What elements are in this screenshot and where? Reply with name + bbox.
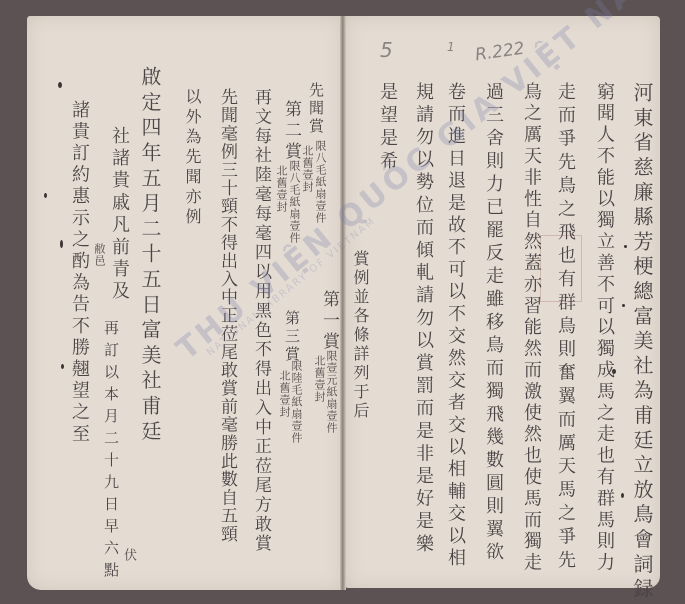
ink-spot — [44, 193, 47, 198]
catalog-mark: 1 — [447, 40, 455, 54]
ink-spot — [621, 493, 624, 498]
ink-spot — [60, 240, 63, 248]
prize-rules-note: 賞例並各條詳列于后 — [352, 250, 368, 421]
third-prize-line2: 北舊壹封 — [279, 370, 290, 418]
second-prize-line1: 限八毛紙扇壹件 — [289, 160, 300, 244]
rule-column: 以外為先聞亦例 — [184, 88, 200, 228]
invitation-column: 社諸貴戚凡前青及 — [110, 126, 128, 304]
ink-spot — [612, 369, 616, 374]
first-prize-title: 第一賞 — [320, 290, 337, 353]
text-column: 鳥之厲天非性自然蓋亦習能然而激使然也使馬而獨走 — [522, 82, 540, 574]
date-column: 啟定四年五月二十五日富美社甫廷 — [140, 66, 160, 446]
ink-spot — [624, 245, 627, 248]
text-column-title: 河東省慈廉縣芳梗總富美社為甫廷立放鳥會詞録 — [632, 82, 652, 603]
text-column: 窮聞人不能以獨立善不可以獨成馬之走也有群馬則力 — [595, 82, 613, 574]
text-column: 過三舍則力已罷反走雖移鳥而獨飛幾數圓則翼欲 — [484, 82, 502, 565]
invitation-column: 再訂以本月二十九日早六點 — [103, 320, 118, 584]
first-announce-line2: 北舊壹封 — [302, 145, 313, 193]
aside-note: 敝邑 — [94, 243, 105, 267]
first-prize-line1: 限壹元紙扇壹件 — [326, 350, 337, 434]
second-prize-line2: 北舊壹封 — [276, 165, 287, 213]
third-prize-title: 第三賞 — [284, 310, 299, 364]
ink-spot — [622, 304, 625, 307]
text-column: 走而爭先鳥之飛也有群鳥則奮翼而厲天馬之爭先 — [556, 82, 574, 573]
page-number-mark: 5 — [380, 38, 393, 62]
second-prize-title: 第二賞 — [282, 100, 299, 163]
first-announce-title: 先聞賞 — [308, 82, 323, 136]
closing-column: 諸貴訂約惠示之酌為告不勝翹望之至 — [70, 100, 88, 446]
third-prize-line1: 限陸毛紙扇壹件 — [291, 360, 302, 444]
ink-spot — [58, 82, 62, 88]
ink-spot — [61, 364, 64, 369]
sign-mark: 伏 — [122, 548, 135, 562]
page-fold — [340, 16, 346, 590]
first-prize-line2: 北舊壹封 — [314, 355, 325, 403]
first-announce-line1: 限八毛紙扇壹件 — [315, 140, 326, 224]
